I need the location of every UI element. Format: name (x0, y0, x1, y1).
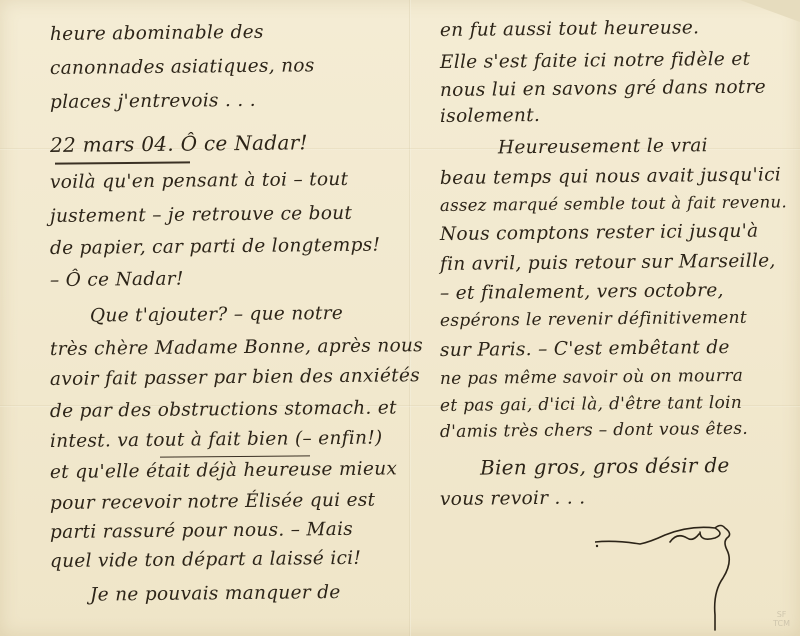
text-line: avoir fait passer par bien des anxiétés (50, 365, 420, 390)
text-line: Nous comptons rester ici jusqu'à (440, 221, 759, 245)
text-line: Que t'ajouter? – que notre (50, 303, 343, 327)
text-line: beau temps qui nous avait jusqu'ici (440, 164, 781, 189)
text-line: Je ne pouvais manquer de (50, 582, 341, 606)
text-line: en fut aussi tout heureuse. (440, 17, 699, 41)
text-line: Elle s'est faite ici notre fidèle et (440, 49, 750, 73)
archive-stamp: SF TCM (773, 610, 790, 628)
text-line: vous revoir . . . (440, 487, 586, 510)
underline-rule (55, 161, 190, 164)
text-line: sur Paris. – C'est embêtant de (440, 337, 730, 361)
text-line: très chère Madame Bonne, après nous (50, 335, 423, 360)
underline-rule (160, 455, 310, 457)
text-line: – Ô ce Nadar! (50, 269, 184, 291)
text-line: Bien gros, gros désir de (440, 453, 730, 480)
letter-sheet: heure abominable des canonnades asiatiqu… (0, 0, 800, 636)
text-line: justement – je retrouve ce bout (50, 203, 352, 227)
stamp-line: SF (773, 610, 790, 619)
text-line: et qu'elle était déjà heureuse mieux (50, 458, 397, 483)
signature-flourish-icon (595, 520, 735, 635)
text-line: canonnades asiatiques, nos (50, 55, 315, 79)
text-line: de par des obstructions stomach. et (50, 397, 397, 422)
text-line: voilà qu'en pensant à toi – tout (50, 169, 349, 193)
text-line: pour recevoir notre Élisée qui est (50, 490, 376, 514)
text-line: et pas gai, d'ici là, d'être tant loin (440, 393, 742, 416)
text-line: ne pas même savoir où on mourra (440, 366, 743, 389)
text-line: places j'entrevois . . . (50, 90, 256, 113)
text-line: de papier, car parti de longtemps! (50, 235, 380, 259)
text-line: Heureusement le vrai (440, 135, 708, 159)
text-line: d'amis très chers – dont vous êtes. (440, 419, 748, 442)
text-line: parti rassuré pour nous. – Mais (50, 519, 353, 543)
text-line: quel vide ton départ a laissé ici! (50, 548, 361, 572)
text-line: espérons le revenir définitivement (440, 308, 747, 331)
text-line: assez marqué semble tout à fait revenu. (440, 192, 787, 215)
text-line: – et finalement, vers octobre, (440, 280, 724, 304)
text-line: fin avril, puis retour sur Marseille, (440, 250, 776, 275)
text-line: heure abominable des (50, 22, 264, 45)
corner-fold (740, 0, 800, 22)
stamp-line: TCM (773, 619, 790, 628)
date-line: 22 mars 04. Ô ce Nadar! (50, 130, 308, 157)
text-line: intest. va tout à fait bien (– enfin!) (50, 428, 383, 452)
text-line: isolement. (440, 105, 540, 127)
vertical-fold-crease (409, 0, 411, 636)
text-line: nous lui en savons gré dans notre (440, 77, 766, 101)
signature (595, 520, 735, 635)
